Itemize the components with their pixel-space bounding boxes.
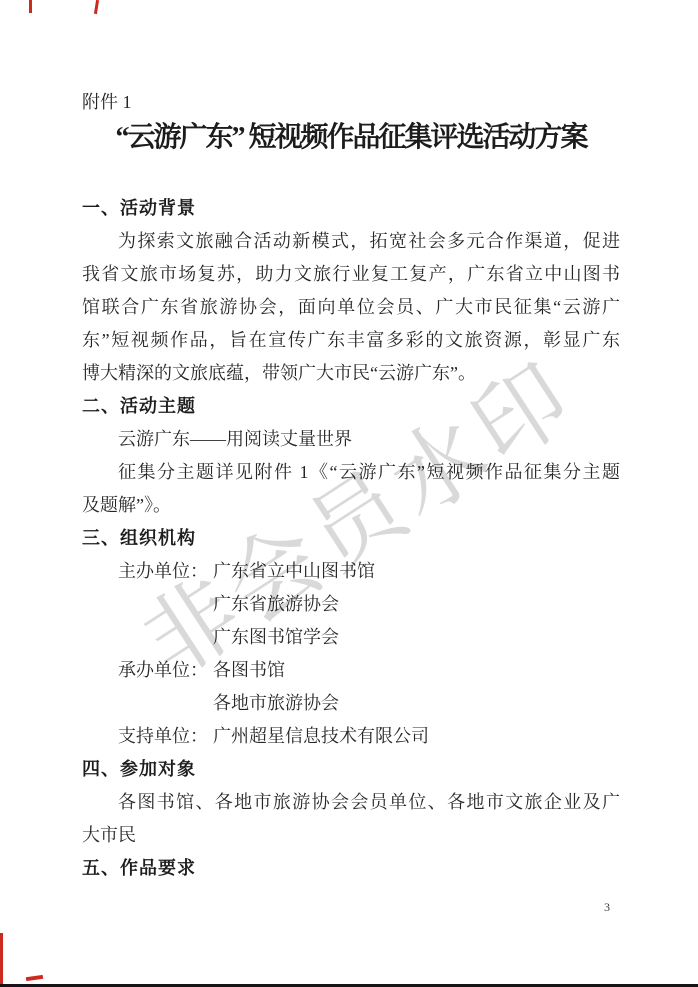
paragraph-line: 东”短视频作品，旨在宣传广东丰富多彩的文旅资源，彰显广东 — [82, 324, 620, 357]
section-heading-organization: 三、组织机构 — [82, 522, 620, 555]
org-label: 支持单位： — [118, 720, 213, 753]
page-number: 3 — [604, 899, 610, 915]
red-scan-mark-top-left-2 — [94, 0, 99, 14]
paragraph-line: 馆联合广东省旅游协会，面向单位会员、广大市民征集“云游广 — [82, 291, 620, 324]
org-label: 主办单位： — [118, 555, 213, 588]
section-heading-participants: 四、参加对象 — [82, 753, 620, 786]
document-page: 非会员水印 附件 1 “云游广东” 短视频作品征集评选活动方案 一、活动背景 为… — [0, 0, 698, 987]
org-row-host: 主办单位： 广东省立中山图书馆 — [118, 555, 620, 588]
org-value: 广东省立中山图书馆 — [213, 555, 375, 588]
org-value: 各地市旅游协会 — [213, 687, 620, 720]
paragraph-line: 征集分主题详见附件 1《“云游广东”短视频作品征集分主题 — [82, 456, 620, 489]
org-value: 广东图书馆学会 — [213, 621, 620, 654]
org-label: 承办单位： — [118, 654, 213, 687]
paragraph-line: 各图书馆、各地市旅游协会会员单位、各地市文旅企业及广 — [82, 786, 620, 819]
org-value: 广东省旅游协会 — [213, 588, 620, 621]
paragraph-line: 博大精深的文旅底蕴，带领广大市民“云游广东”。 — [82, 357, 620, 390]
paragraph-line: 为探索文旅融合活动新模式，拓宽社会多元合作渠道，促进 — [82, 225, 620, 258]
section-heading-requirements: 五、作品要求 — [82, 852, 620, 885]
theme-line: 云游广东——用阅读丈量世界 — [82, 423, 620, 456]
document-content: 附件 1 “云游广东” 短视频作品征集评选活动方案 一、活动背景 为探索文旅融合… — [82, 86, 620, 885]
org-row-supporter: 支持单位： 广州超星信息技术有限公司 — [118, 720, 620, 753]
red-scan-mark-top-left-1 — [29, 0, 32, 13]
document-title: “云游广东” 短视频作品征集评选活动方案 — [82, 119, 620, 157]
title-gap — [82, 157, 620, 192]
red-scan-mark-bottom-left-dash — [26, 975, 43, 981]
section-heading-background: 一、活动背景 — [82, 192, 620, 225]
paragraph-line: 大市民 — [82, 819, 620, 852]
red-scan-mark-bottom-left-vertical — [0, 933, 3, 986]
section-heading-theme: 二、活动主题 — [82, 390, 620, 423]
paragraph-line: 我省文旅市场复苏，助力文旅行业复工复产，广东省立中山图书 — [82, 258, 620, 291]
attachment-label: 附件 1 — [82, 86, 620, 119]
paragraph-line: 及题解”》。 — [82, 489, 620, 522]
org-row-organizer: 承办单位： 各图书馆 — [118, 654, 620, 687]
org-value: 各图书馆 — [213, 654, 285, 687]
org-value: 广州超星信息技术有限公司 — [213, 720, 429, 753]
